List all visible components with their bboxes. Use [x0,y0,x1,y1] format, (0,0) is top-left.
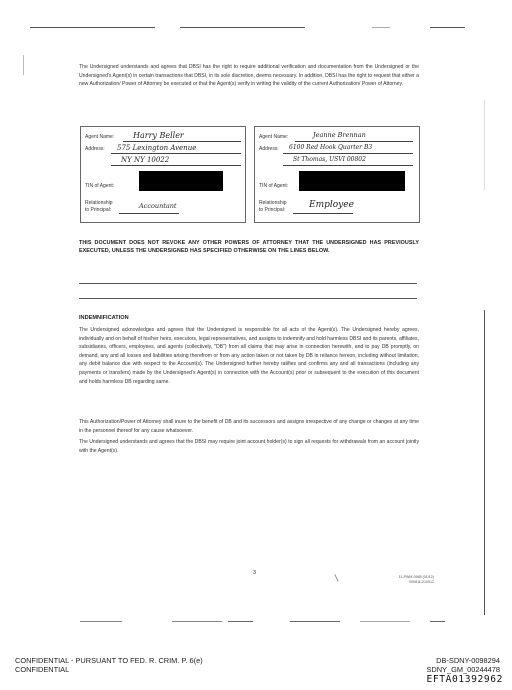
scan-bottom-rule-6 [430,621,445,622]
footer-bates-2: SDNY_GM_00244478 [426,665,500,674]
relationship-label: Relationship [259,200,287,206]
intro-paragraph: The Undersigned understands and agrees t… [79,63,419,89]
address-line1-value[interactable]: 575 Lexington Avenue [117,144,196,152]
relationship-label-2: to Principal: [259,207,285,213]
relationship-label: Relationship [85,200,113,206]
footer-bates-1: DB-SDNY-0098294 [436,656,500,665]
agent-name-value[interactable]: Jeanne Brennan [313,131,366,139]
page-number: 3 [253,570,256,576]
footer-efta-number: EFTA01392962 [426,674,503,685]
address-line-2 [111,165,241,166]
scan-right-marks [484,100,485,190]
relationship-value[interactable]: Accountant [139,202,177,210]
agent-box-2: Agent Name: Jeanne Brennan Address: 6100… [254,126,420,223]
revocation-line-1 [79,283,417,284]
revocation-notice: THIS DOCUMENT DOES NOT REVOKE ANY OTHER … [79,239,419,255]
scan-left-edge [23,55,24,75]
address-line2-value[interactable]: St Thomas, USVI 00802 [293,156,366,163]
indemnification-paragraph-1: The Undersigned acknowledges and agrees … [79,326,419,386]
address-line2-value[interactable]: NY NY 10022 [121,156,169,164]
relationship-value[interactable]: Employee [309,200,354,210]
agent-name-label: Agent Name: [259,134,288,140]
address-label: Address: [85,146,105,152]
address-line-1 [283,153,413,154]
scan-bottom-rule-4 [290,621,340,622]
tin-label: TIN of Agent: [85,183,114,189]
scan-bottom-rule-3 [228,621,253,622]
scan-top-rule-2 [180,27,305,28]
agent-name-line [295,141,413,142]
indemnification-paragraph-3: The Undersigned understands and agrees t… [79,438,419,455]
footer-confidential-line2: CONFIDENTIAL [15,665,69,674]
scan-top-rule-4 [430,27,465,28]
tin-label: TIN of Agent: [259,183,288,189]
address-line1-value[interactable]: 6100 Red Hook Quarter B3 [289,144,372,151]
tin-redaction [299,171,405,191]
revocation-line-2 [79,298,417,299]
scan-top-rule-1 [30,27,155,28]
agent-name-label: Agent Name: [85,134,114,140]
address-label: Address: [259,146,279,152]
scan-right-edge [484,310,485,615]
relationship-line [119,213,179,214]
indemnification-heading: INDEMNIFICATION [79,315,129,321]
scan-bottom-rule-2 [172,621,222,622]
form-code-line2: 000811-210512 [380,580,434,584]
agent-name-value[interactable]: Harry Beller [133,131,184,140]
scan-top-rule-3 [372,27,390,28]
address-line-1 [111,153,241,154]
relationship-label-2: to Principal: [85,207,111,213]
address-line-2 [283,165,413,166]
agent-box-1: Agent Name: Harry Beller Address: 575 Le… [80,126,246,223]
scan-bottom-rule-5 [360,621,410,622]
form-code-line1: 11-PWM-0985 (01/12) [380,575,434,579]
scan-bottom-rule-1 [80,621,122,622]
footer-confidential-line1: CONFIDENTIAL - PURSUANT TO FED. R. CRIM.… [15,656,203,665]
stray-mark [334,574,338,582]
relationship-line [293,213,353,214]
indemnification-paragraph-2: This Authorization/Power of Attorney sha… [79,418,419,435]
agent-name-line [123,141,241,142]
tin-redaction [139,171,223,191]
